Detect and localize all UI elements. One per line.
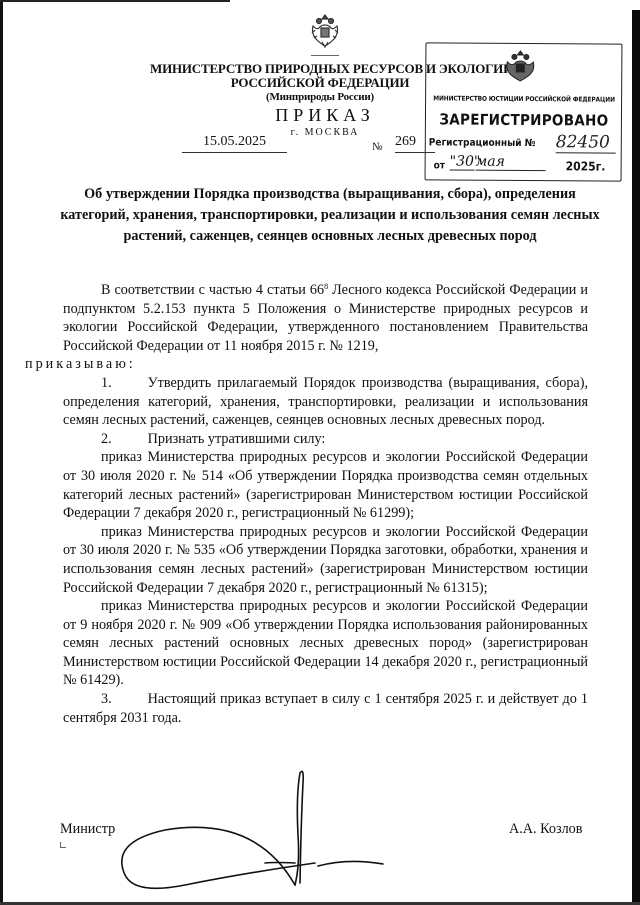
order-word: приказываю: bbox=[25, 356, 136, 372]
scan-border-right bbox=[632, 10, 640, 903]
document-title: Об утверждении Порядка производства (выр… bbox=[55, 184, 605, 247]
item-2: 2.Признать утратившими силу: bbox=[63, 430, 588, 449]
corner-mark bbox=[60, 842, 66, 848]
coat-of-arms-icon bbox=[309, 12, 341, 54]
repealed-order-3: приказ Министерства природных ресурсов и… bbox=[63, 597, 588, 690]
handwritten-signature-icon bbox=[100, 770, 430, 895]
stamp-reg-label: Регистрационный № bbox=[429, 137, 536, 149]
document-type: ПРИКАЗ bbox=[240, 105, 410, 126]
registration-stamp: МИНИСТЕРСТВО ЮСТИЦИИ РОССИЙСКОЙ ФЕДЕРАЦИ… bbox=[425, 42, 623, 181]
number-sign: № bbox=[372, 141, 383, 153]
document-body: В соответствии с частью 4 статьи 668 Лес… bbox=[63, 281, 588, 727]
emblem-underline bbox=[311, 55, 339, 56]
signer-name: А.А. Козлов bbox=[509, 821, 582, 838]
repealed-order-1: приказ Министерства природных ресурсов и… bbox=[63, 448, 588, 522]
stamp-date-day: "30" bbox=[450, 153, 475, 170]
item-3: 3.Настоящий приказ вступает в силу с 1 с… bbox=[63, 690, 588, 727]
stamp-coat-of-arms-icon bbox=[504, 49, 536, 87]
stamp-organization: МИНИСТЕРСТВО ЮСТИЦИИ РОССИЙСКОЙ ФЕДЕРАЦИ… bbox=[428, 94, 620, 103]
item-1: 1.Утвердить прилагаемый Порядок производ… bbox=[63, 374, 588, 430]
preamble: В соответствии с частью 4 статьи 668 Лес… bbox=[63, 281, 588, 374]
scan-border-top bbox=[0, 0, 230, 2]
stamp-date-year: 2025г. bbox=[566, 159, 606, 173]
stamp-status: ЗАРЕГИСТРИРОВАНО bbox=[430, 110, 618, 129]
stamp-date-prefix: от bbox=[434, 160, 445, 171]
stamp-reg-number: 82450 bbox=[556, 132, 616, 153]
stamp-date-month: мая bbox=[476, 154, 546, 171]
scan-border-left bbox=[0, 2, 3, 902]
repealed-order-2: приказ Министерства природных ресурсов и… bbox=[63, 523, 588, 597]
document-date: 15.05.2025 bbox=[182, 134, 287, 153]
